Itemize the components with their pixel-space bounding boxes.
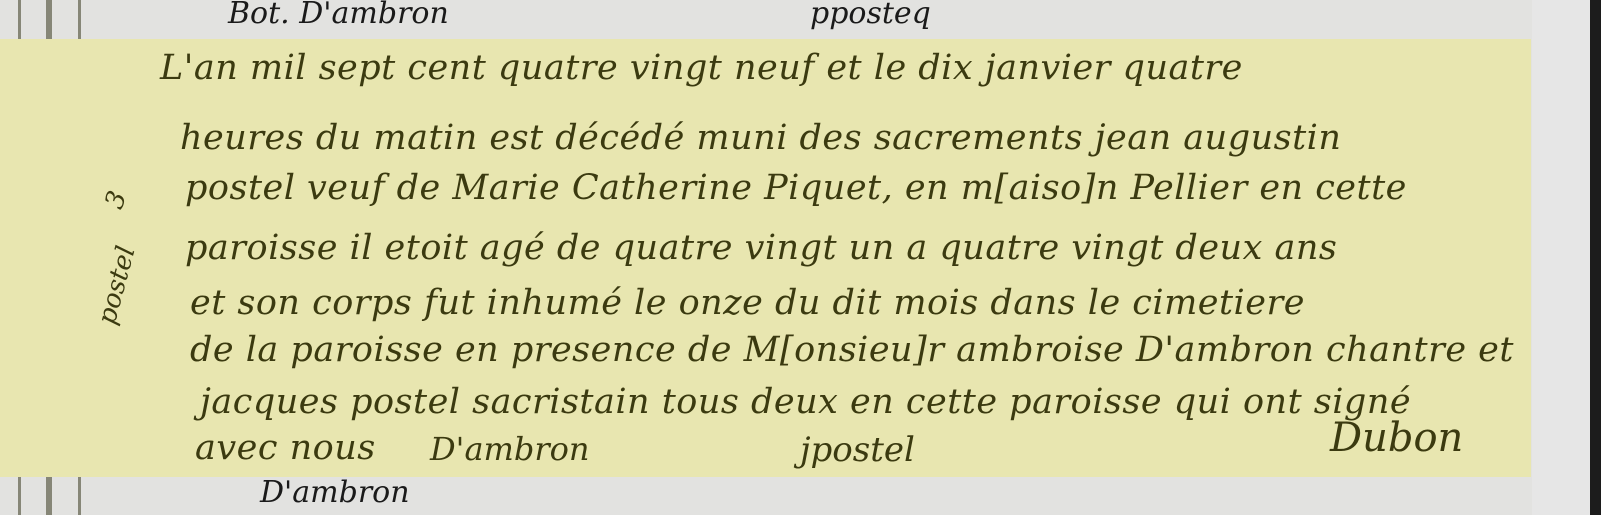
next-record-signature-left: D'ambron [260, 475, 410, 510]
record-line-2: heures du matin est décédé muni des sacr… [180, 118, 1341, 158]
record-line-8: avec nous [195, 428, 376, 468]
archival-page: Bot. D'ambron pposteq 3 postel L'an mil … [0, 0, 1601, 515]
previous-record-signature-left: Bot. D'ambron [228, 0, 449, 31]
record-line-3: postel veuf de Marie Catherine Piquet, e… [185, 168, 1407, 208]
signature-left: D'ambron [430, 430, 590, 468]
page-border [1590, 0, 1601, 515]
previous-record-signature-right: pposteq [810, 0, 931, 31]
signature-middle: jpostel [800, 430, 915, 470]
record-line-6: de la paroisse en presence de M[onsieu]r… [190, 330, 1514, 370]
record-line-7: jacques postel sacristain tous deux en c… [200, 382, 1411, 422]
record-line-5: et son corps fut inhumé le onze du dit m… [190, 283, 1305, 323]
record-line-4: paroisse il etoit agé de quatre vingt un… [185, 228, 1337, 268]
record-line-1: L'an mil sept cent quatre vingt neuf et … [160, 48, 1243, 88]
page-edge [1532, 0, 1590, 515]
signature-right: Dubon [1330, 415, 1463, 461]
